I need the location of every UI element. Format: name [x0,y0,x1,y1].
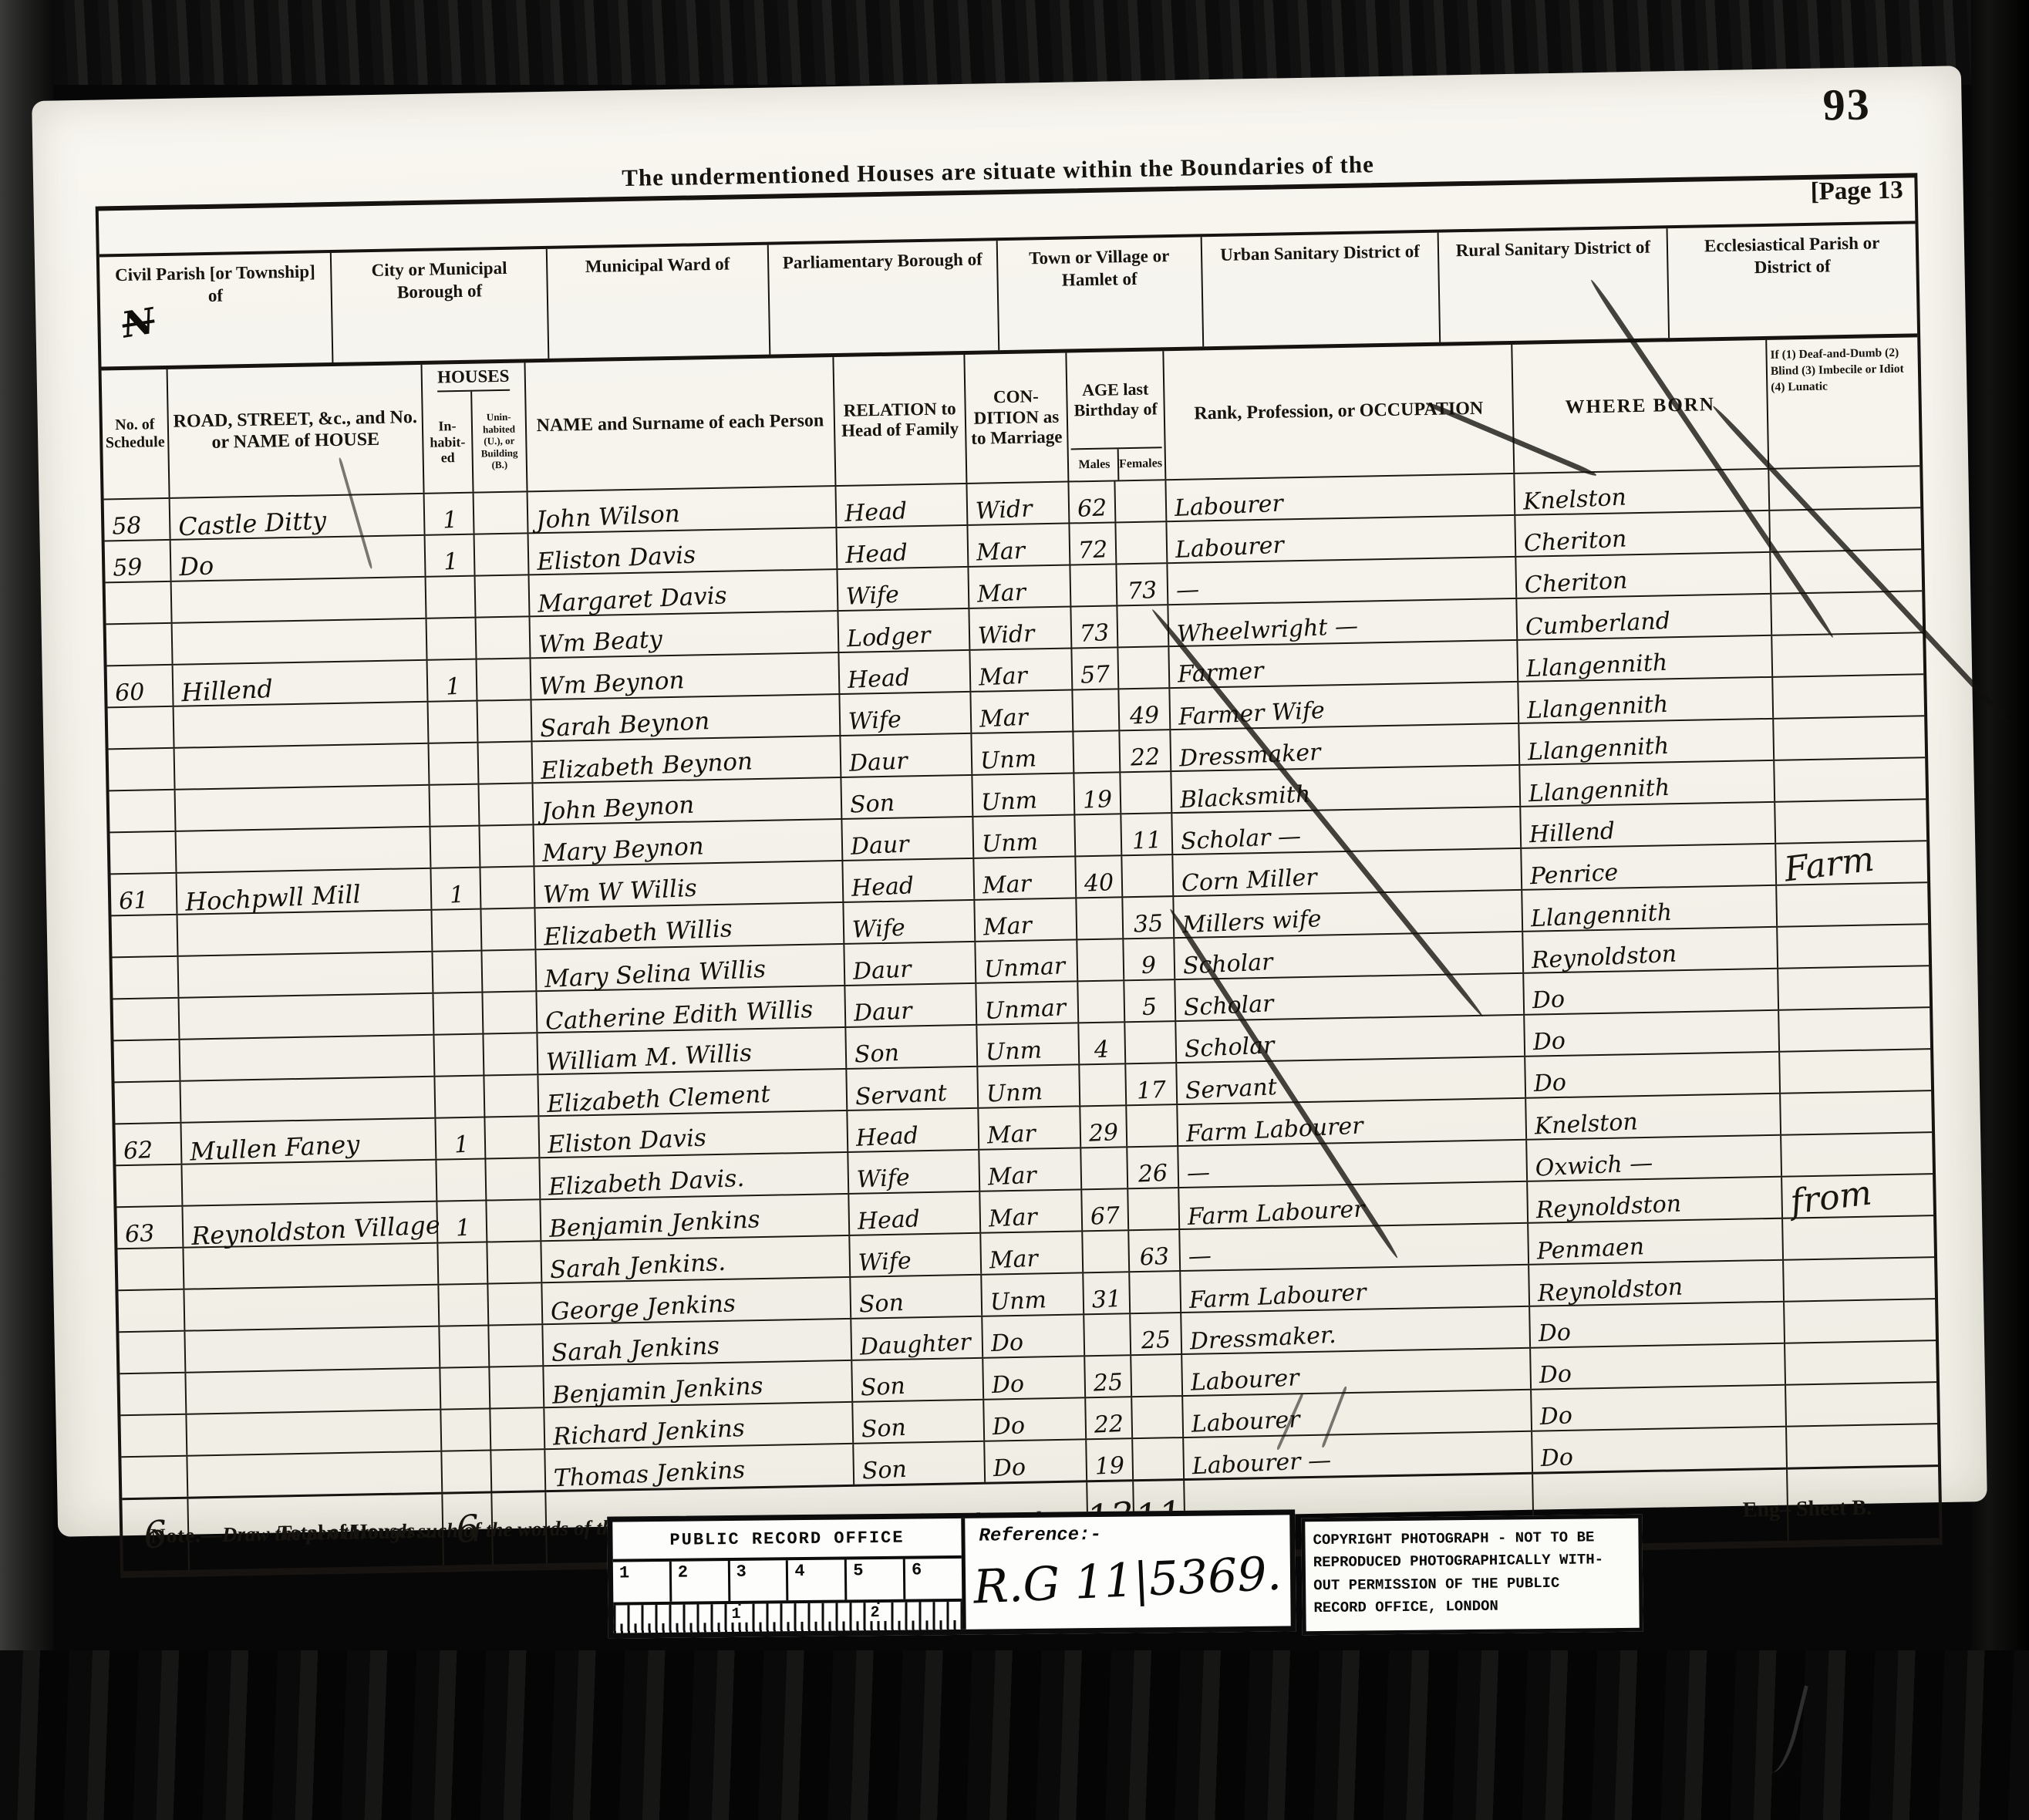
cell-note [1777,883,1922,925]
cell-uninhabited [481,908,536,949]
cell-female: 63 [1129,1230,1181,1271]
handwritten-entry: Son [861,1458,907,1484]
cell-road [172,578,427,622]
cell-relation: Lodger [838,609,970,652]
handwritten-entry: 63 [1139,1245,1170,1270]
cell-schedule [114,1082,181,1124]
cell-inhabited: 1 [426,535,476,576]
census-page: 93 The undermentioned Houses are situate… [32,66,1987,1537]
cell-relation: Daur [841,734,972,777]
cell-inhabited [430,785,480,826]
cell-road [177,827,432,872]
cell-female [1116,522,1168,563]
cell-road [176,786,431,831]
handwritten-entry: Sarah Jenkins [551,1334,720,1366]
cell-note [1780,1050,1925,1092]
ruler-number-scale: 123456 [613,1559,962,1606]
cell-female [1118,647,1170,688]
cell-occupation: Servant [1177,1057,1526,1104]
ruler-number: 1 [613,1562,672,1603]
handwritten-entry: Mullen Faney [189,1131,360,1164]
handwritten-entry: Blacksmith [1179,784,1311,813]
handwritten-entry: Son [849,792,895,817]
cell-name: Wm Beaty [531,612,840,657]
cell-inhabited: 1 [431,868,481,909]
cell-female: 73 [1117,564,1168,605]
cell-born: Do [1524,969,1779,1014]
ruler-tick-scale: 1 2 [613,1602,962,1633]
handwritten-entry: Mar [986,1123,1036,1148]
cell-relation: Son [854,1442,986,1485]
cell-schedule [121,1457,188,1498]
handwritten-entry: 4 [1094,1038,1110,1062]
header-inhabited: In-habit-ed [423,392,474,493]
handwritten-entry: Lodger [846,624,931,651]
handwritten-entry: 22 [1094,1413,1124,1437]
header-schedule: No. of Schedule [102,369,170,499]
cell-name: John Beynon [533,778,842,824]
cell-name: Mary Beynon [534,820,843,865]
cell-born: Cheriton [1516,553,1771,598]
cell-schedule [110,832,177,874]
cell-note [1772,633,1917,676]
handwritten-entry: George Jenkins [550,1292,736,1324]
cell-uninhabited [487,1200,541,1241]
cell-schedule [113,999,180,1040]
cell-occupation: Corn Miller [1173,849,1522,895]
handwritten-entry: from [1788,1176,1873,1220]
cell-born: Knelston [1526,1094,1781,1139]
cell-uninhabited [483,992,538,1033]
cell-uninhabited [489,1325,544,1366]
cell-female [1115,480,1167,521]
handwritten-entry: 40 [1084,871,1114,896]
cell-road [184,1244,439,1289]
cell-schedule: 58 [104,499,171,541]
cell-female [1131,1355,1183,1396]
handwritten-entry: Cheriton [1523,527,1627,555]
cell-condition: Widr [969,607,1072,649]
handwritten-entry: Head [851,875,914,901]
cell-relation: Daughter [851,1317,983,1360]
ruler-lower-label: 2 [868,1604,881,1622]
sheet-label: Eng– Sheet B. [1742,1496,1872,1523]
cell-occupation: Blacksmith [1171,766,1521,812]
cell-schedule: 63 [116,1207,184,1249]
handwritten-entry: Son [860,1375,905,1400]
handwritten-entry: Do [993,1456,1026,1481]
cell-name: Catherine Edith Willis [537,986,846,1032]
handwritten-entry: 49 [1129,704,1160,729]
cell-inhabited [440,1326,490,1367]
cell-relation: Head [848,1109,979,1151]
handwritten-entry: 22 [1130,746,1161,770]
cell-female [1130,1272,1181,1313]
cell-condition: Do [984,1398,1087,1440]
cell-male: 73 [1071,606,1118,647]
cell-schedule [113,957,180,999]
cell-schedule [119,1332,186,1373]
handwritten-entry: 19 [1082,788,1113,813]
cell-relation: Wife [838,568,969,610]
cell-name: Sarah Jenkins. [541,1236,851,1282]
handwritten-entry: Mar [978,665,1027,690]
handwritten-entry: Reynoldston [1531,943,1677,973]
handwritten-entry: Knelston [1534,1111,1638,1138]
cell-inhabited [430,827,480,868]
handwritten-entry: Widr [977,622,1035,648]
cell-condition: Mar [970,649,1073,690]
film-border-right [1971,0,2029,1820]
handwritten-entry: Mar [982,915,1032,940]
reference-label: Reference:- [979,1525,1101,1547]
copyright-line: REPRODUCED PHOTOGRAPHICALLY WITH- [1313,1549,1631,1575]
cell-inhabited [433,952,483,993]
cell-born: Llangennith [1522,886,1778,931]
cell-uninhabited [480,867,535,908]
handwritten-entry: Llangennith [1528,777,1670,806]
cell-note [1786,1383,1931,1425]
cell-male: 25 [1085,1356,1132,1397]
handwritten-entry: 26 [1138,1162,1168,1187]
copyright-line: OUT PERMISSION OF THE PUBLIC [1313,1572,1631,1598]
cell-condition: Unm [982,1273,1084,1315]
handwritten-entry: Richard Jenkins [552,1417,745,1449]
cell-born: Do [1525,1011,1780,1056]
cell-born: Penmaen [1528,1219,1784,1264]
handwritten-entry: Servant [854,1082,947,1109]
cell-condition: Do [982,1315,1085,1357]
handwritten-entry: Do [1532,988,1565,1013]
handwritten-entry: John Beynon [541,794,694,824]
cell-born: Reynoldston [1528,1178,1783,1222]
copyright-line: COPYRIGHT PHOTOGRAPH - NOT TO BE [1313,1526,1630,1552]
handwritten-entry: Do [992,1414,1025,1439]
handwritten-entry: Head [855,1124,918,1151]
cell-born: Do [1532,1427,1788,1472]
cell-female [1128,1188,1180,1229]
handwritten-entry: Reynoldston [1535,1193,1681,1223]
pro-stamp-reference-panel: Reference:- R.G 11|5369. [965,1515,1290,1629]
cell-male [1081,1148,1128,1188]
cell-name: George Jenkins [542,1278,851,1323]
cell-male: 57 [1072,648,1119,689]
handwritten-entry: Head [844,500,907,526]
header-occupation: Rank, Profession, or OCCUPATION [1164,345,1515,479]
cell-male: 40 [1076,856,1123,897]
cell-condition: Unm [972,773,1075,815]
cell-uninhabited [480,825,534,866]
ruler-number: 3 [730,1560,788,1601]
cell-female: 11 [1121,814,1173,854]
handwritten-entry: Do [1540,1446,1573,1471]
handwritten-entry: Unm [981,831,1038,856]
cell-female [1122,855,1174,896]
handwritten-entry: Wife [856,1167,910,1192]
ruler-number: 4 [788,1559,847,1600]
handwritten-entry: Wife [858,1249,912,1275]
handwritten-entry: Unm [979,747,1036,773]
cell-note [1778,925,1923,967]
cell-male [1073,689,1120,730]
cell-inhabited: 1 [428,660,478,701]
handwritten-entry: Thomas Jenkins [553,1458,745,1491]
cell-born: Llangennith [1518,636,1773,681]
handwritten-entry: Elizabeth Willis [543,917,733,949]
handwritten-entry: 35 [1133,912,1164,937]
handwritten-entry: Benjamin Jenkins [548,1208,760,1242]
ruler-number: 2 [672,1561,730,1602]
cell-relation: Daur [844,942,976,985]
cell-uninhabited [484,1033,538,1074]
cell-born: Cumberland [1517,595,1772,639]
handwritten-entry: Llangennith [1530,902,1672,931]
cell-condition: Do [983,1357,1086,1398]
cell-inhabited [427,618,477,659]
header-uninhabited: Unin-habited (U.), or Building (B.) [472,390,526,491]
cell-male: 19 [1087,1439,1134,1480]
header-age-group: AGE last Birthday of Males Females [1067,351,1166,480]
cell-note [1770,508,1915,551]
ruler-number: 5 [847,1559,905,1600]
cell-occupation: Scholar [1176,1016,1525,1062]
handwritten-entry: Llangennith [1527,735,1669,764]
handwritten-entry: 59 [113,556,143,581]
header-where-born: WHERE BORN [1512,340,1769,473]
cell-female: 22 [1120,730,1171,771]
cell-uninhabited [477,659,532,699]
handwritten-entry: Wife [845,584,899,609]
cell-condition: Mar [975,898,1077,940]
cell-road [179,952,434,997]
cell-female: 35 [1123,897,1175,938]
cell-uninhabited [490,1367,544,1407]
cell-note [1778,966,1923,1009]
handwritten-entry: Do [1532,1030,1566,1054]
cell-note [1781,1091,1926,1134]
handwritten-entry: Cumberland [1525,610,1670,640]
cell-female [1125,1022,1177,1063]
cell-inhabited: 1 [436,1118,486,1159]
handwritten-entry: Wm Beynon [539,669,686,699]
handwritten-entry: Unmar [984,996,1067,1023]
cell-condition: Mar [968,524,1070,566]
cell-name: Margaret Davis [530,570,839,615]
handwritten-entry: — [1175,578,1199,602]
cell-road: Reynoldston Village [183,1202,438,1247]
cell-female: 17 [1126,1063,1178,1104]
cell-road [182,1161,437,1205]
cell-condition: Unmar [976,982,1079,1023]
cell-born: Llangennith [1518,678,1774,723]
handwritten-entry: John Wilson [536,502,681,533]
cell-inhabited [441,1409,491,1450]
cell-born: Do [1525,1053,1781,1097]
geo-column-header: Ecclesiastical Parish or District of [1668,224,1917,338]
cell-schedule [109,749,176,790]
cell-schedule [114,1040,181,1082]
handwritten-entry: Do [1539,1404,1572,1429]
geo-column-header: Urban Sanitary District of [1202,233,1441,347]
cell-relation: Daur [842,817,974,860]
cell-note [1775,800,1920,842]
handwritten-entry: Farm [1782,843,1876,888]
handwritten-entry: 25 [1141,1329,1171,1353]
handwritten-entry: Son [854,1042,899,1067]
handwritten-entry: 1 [443,551,459,575]
header-houses-group: HOUSES In-habit-ed Unin-habited (U.), or… [422,362,527,492]
cell-note [1783,1216,1928,1259]
handwritten-entry: Head [844,541,908,568]
cell-note [1775,758,1919,800]
handwritten-entry: 61 [119,889,150,914]
handwritten-entry: 1 [456,1217,471,1241]
cell-name: Mary Selina Willis [536,945,845,990]
cell-road: Mullen Faney [181,1119,436,1164]
pro-stamp-ruler-panel: PUBLIC RECORD OFFICE 123456 1 2 [612,1518,966,1633]
handwritten-entry: Reynoldston [1537,1276,1683,1306]
handwritten-entry: 19 [1094,1454,1125,1479]
cell-schedule [108,707,175,749]
cell-inhabited [433,993,484,1034]
handwritten-entry: Elizabeth Beynon [541,750,753,784]
cell-occupation: Wheelwright — [1168,599,1518,645]
cell-inhabited [439,1284,489,1325]
cell-name: Benjamin Jenkins [541,1195,850,1240]
handwritten-entry: Labourer [1191,1408,1300,1436]
cell-relation: Wife [844,901,976,943]
cell-born: Reynoldston [1523,928,1778,972]
handwritten-entry: Son [858,1292,904,1317]
cell-schedule: 62 [115,1124,182,1165]
handwritten-entry: Do [1538,1321,1571,1346]
cell-uninhabited [485,1117,540,1158]
cell-condition: Mar [979,1107,1081,1148]
handwritten-entry: Eliston Davis [537,544,696,575]
handwritten-entry: Mar [987,1164,1036,1190]
cell-inhabited: 1 [425,494,475,534]
ruler-number: 6 [905,1559,962,1599]
cell-road [180,1036,435,1080]
handwritten-entry: Benjamin Jenkins [551,1374,763,1408]
cell-uninhabited [478,700,533,741]
cell-born: Penrice [1522,844,1777,889]
cell-relation: Head [837,526,969,568]
cell-name: Thomas Jenkins [545,1444,854,1490]
cell-born: Hillend [1521,803,1776,848]
cell-relation: Son [852,1359,984,1401]
handwritten-entry: 1 [446,676,461,699]
cell-road [174,703,430,747]
header-condition: CON- DITION as to Marriage [965,353,1069,483]
cell-born: Oxwich — [1527,1136,1782,1181]
handwritten-entry: Elizabeth Clement [546,1083,770,1117]
cell-relation: Head [836,484,968,527]
handwritten-entry: Mar [989,1248,1038,1273]
census-photograph: { "page": { "page_number": "93", "page_l… [0,0,2029,1820]
cell-occupation: Labourer — [1184,1432,1533,1478]
cell-born: Do [1530,1303,1785,1347]
header-name: NAME and Surname of each Person [525,357,836,490]
geo-column-header: City or Municipal Borough of [332,249,550,362]
handwritten-entry: Son [861,1417,906,1442]
folio-number: 93 [1822,78,1871,130]
cell-uninhabited [479,742,534,783]
cell-note [1771,591,1916,634]
handwritten-entry: Farmer Wife [1178,699,1325,730]
handwritten-entry: — [1186,1161,1210,1185]
handwritten-entry: Elizabeth Davis. [548,1167,744,1200]
cell-male: 67 [1082,1189,1129,1230]
handwritten-entry: 1 [443,509,458,533]
handwritten-entry: 31 [1091,1288,1122,1313]
handwritten-entry: Do [1539,1363,1572,1387]
cell-uninhabited [482,950,537,991]
handwritten-entry: Llangennith [1525,652,1667,681]
copyright-notice: COPYRIGHT PHOTOGRAPH - NOT TO BEREPRODUC… [1301,1515,1643,1636]
cell-relation: Son [853,1400,985,1443]
handwritten-entry: 60 [115,681,146,706]
handwritten-entry: Penmaen [1536,1235,1645,1263]
handwritten-entry: Scholar [1182,951,1273,978]
handwritten-entry: 17 [1136,1079,1167,1104]
cell-inhabited [430,743,480,784]
geo-column-header: Civil Parish [or Township] ofN [99,253,334,366]
cell-name: Elizabeth Beynon [532,736,841,782]
cell-relation: Son [841,776,973,818]
cell-note [1781,1133,1926,1175]
handwritten-entry: 1 [454,1134,470,1158]
cell-female: 26 [1127,1147,1179,1188]
handwritten-entry: Hochpwll Mill [185,881,362,914]
cell-name: Elizabeth Willis [535,903,844,949]
cell-occupation: Labourer [1182,1349,1532,1395]
handwritten-entry: 11 [1131,829,1162,854]
cell-born: Knelston [1515,470,1770,514]
handwritten-entry: Labourer [1190,1367,1299,1394]
handwritten-entry: Sarah Beynon [540,709,710,741]
handwritten-entry: Labourer [1174,492,1283,520]
cell-name: Elizabeth Davis. [540,1153,849,1198]
cell-male [1083,1231,1130,1272]
cell-road: Castle Ditty [170,494,426,539]
handwritten-entry: Farm Labourer [1187,1198,1365,1229]
cell-note: Farm [1776,841,1921,884]
handwritten-entry: Llangennith [1526,693,1668,723]
cell-male [1070,565,1117,605]
cell-schedule: 61 [111,874,178,915]
cell-road [187,1452,443,1497]
cell-occupation: Farmer Wife [1170,682,1519,729]
handwritten-entry: Farm Labourer [1188,1281,1367,1313]
cell-condition: Do [985,1440,1087,1481]
cell-note [1769,467,1914,509]
header-road: ROAD, STREET, &c., and No. or NAME of HO… [168,365,425,497]
cell-born: Reynoldston [1529,1261,1785,1306]
cell-uninhabited [491,1450,546,1491]
cell-inhabited [432,910,482,951]
handwritten-entry: Millers wife [1181,908,1322,937]
cell-road [178,911,433,956]
cell-male [1077,898,1124,939]
cell-note [1784,1258,1929,1300]
cell-occupation: — [1180,1224,1529,1270]
cell-name: John Wilson [528,487,838,532]
cell-female [1117,605,1169,646]
handwritten-entry: Dressmaker [1178,741,1321,770]
handwritten-entry: Mary Selina Willis [544,958,766,992]
cell-schedule [106,624,174,666]
